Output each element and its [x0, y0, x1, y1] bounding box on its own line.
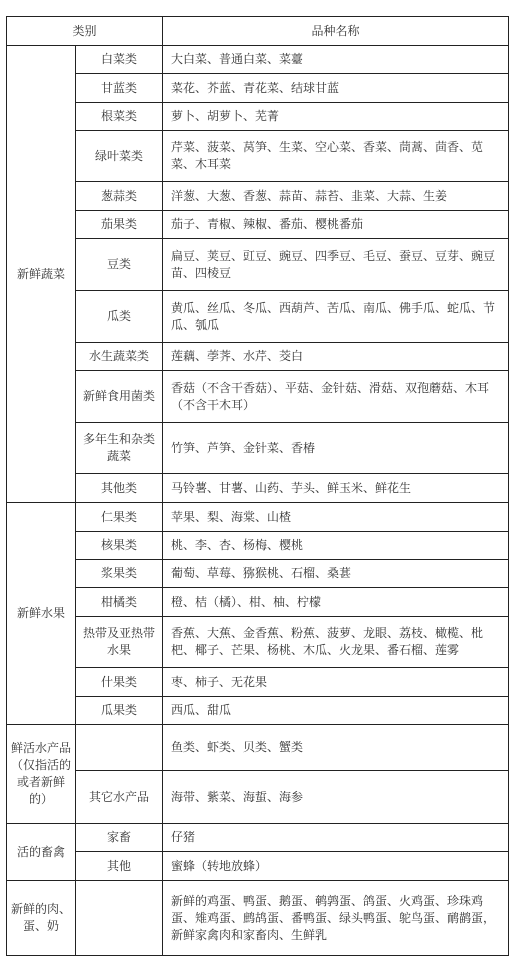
varieties-cell: 西瓜、甜瓜	[163, 697, 509, 725]
varieties-cell: 枣、柿子、无花果	[163, 668, 509, 697]
varieties-cell: 芹菜、菠菜、莴笋、生菜、空心菜、香菜、茼蒿、茴香、苋菜、木耳菜	[163, 131, 509, 182]
varieties-cell: 竹笋、芦笋、金针菜、香椿	[163, 423, 509, 474]
varieties-cell: 新鲜的鸡蛋、鸭蛋、鹅蛋、鹌鹑蛋、鸽蛋、火鸡蛋、珍珠鸡蛋、雉鸡蛋、鹧鸪蛋、番鸭蛋、…	[163, 881, 509, 956]
subcategory-cell: 其他类	[76, 474, 163, 503]
table-row: 多年生和杂类蔬菜竹笋、芦笋、金针菜、香椿	[7, 423, 509, 474]
varieties-cell: 海带、紫菜、海蜇、海参	[163, 771, 509, 824]
table-row: 豆类扁豆、荚豆、豇豆、豌豆、四季豆、毛豆、蚕豆、豆芽、豌豆苗、四棱豆	[7, 239, 509, 291]
subcategory-cell: 瓜果类	[76, 697, 163, 725]
varieties-cell: 茄子、青椒、辣椒、番茄、樱桃番茄	[163, 211, 509, 239]
table-row: 鲜活水产品（仅指活的或者新鲜的）鱼类、虾类、贝类、蟹类	[7, 725, 509, 771]
header-category: 类别	[7, 17, 163, 46]
table-row: 水生蔬菜类莲藕、荸荠、水芹、茭白	[7, 343, 509, 371]
table-row: 新鲜水果仁果类苹果、梨、海棠、山楂	[7, 503, 509, 532]
group-category-cell: 鲜活水产品（仅指活的或者新鲜的）	[7, 725, 76, 824]
table-row: 其它水产品海带、紫菜、海蜇、海参	[7, 771, 509, 824]
table-row: 绿叶菜类芹菜、菠菜、莴笋、生菜、空心菜、香菜、茼蒿、茴香、苋菜、木耳菜	[7, 131, 509, 182]
table-row: 新鲜蔬菜白菜类大白菜、普通白菜、菜薹	[7, 46, 509, 74]
varieties-cell: 桃、李、杏、杨梅、樱桃	[163, 532, 509, 560]
subcategory-cell: 什果类	[76, 668, 163, 697]
subcategory-cell: 水生蔬菜类	[76, 343, 163, 371]
varieties-cell: 扁豆、荚豆、豇豆、豌豆、四季豆、毛豆、蚕豆、豆芽、豌豆苗、四棱豆	[163, 239, 509, 291]
subcategory-cell	[76, 725, 163, 771]
group-category-cell: 新鲜水果	[7, 503, 76, 725]
subcategory-cell: 绿叶菜类	[76, 131, 163, 182]
table-row: 瓜果类西瓜、甜瓜	[7, 697, 509, 725]
varieties-cell: 苹果、梨、海棠、山楂	[163, 503, 509, 532]
subcategory-cell: 柑橘类	[76, 588, 163, 617]
varieties-cell: 马铃薯、甘薯、山药、芋头、鲜玉米、鲜花生	[163, 474, 509, 503]
header-varieties: 品种名称	[163, 17, 509, 46]
subcategory-cell: 核果类	[76, 532, 163, 560]
varieties-cell: 大白菜、普通白菜、菜薹	[163, 46, 509, 74]
varieties-cell: 橙、桔（橘）、柑、柚、柠檬	[163, 588, 509, 617]
subcategory-cell: 仁果类	[76, 503, 163, 532]
group-category-cell: 活的畜禽	[7, 824, 76, 881]
table-row: 甘蓝类菜花、芥蓝、青花菜、结球甘蓝	[7, 74, 509, 103]
subcategory-cell: 其他	[76, 852, 163, 881]
table-row: 活的畜禽家畜仔猪	[7, 824, 509, 852]
varieties-cell: 鱼类、虾类、贝类、蟹类	[163, 725, 509, 771]
table-row: 根菜类萝卜、胡萝卜、芜菁	[7, 103, 509, 131]
table-row: 瓜类黄瓜、丝瓜、冬瓜、西葫芦、苦瓜、南瓜、佛手瓜、蛇瓜、节瓜、瓠瓜	[7, 291, 509, 343]
table-row: 其他蜜蜂（转地放蜂）	[7, 852, 509, 881]
varieties-cell: 蜜蜂（转地放蜂）	[163, 852, 509, 881]
subcategory-cell: 葱蒜类	[76, 182, 163, 211]
subcategory-cell: 其它水产品	[76, 771, 163, 824]
varieties-cell: 香菇（不含干香菇）、平菇、金针菇、滑菇、双孢蘑菇、木耳（不含干木耳）	[163, 371, 509, 423]
group-category-cell: 新鲜蔬菜	[7, 46, 76, 503]
table-row: 新鲜的肉、蛋、奶新鲜的鸡蛋、鸭蛋、鹅蛋、鹌鹑蛋、鸽蛋、火鸡蛋、珍珠鸡蛋、雉鸡蛋、…	[7, 881, 509, 956]
varieties-cell: 洋葱、大葱、香葱、蒜苗、蒜苔、韭菜、大蒜、生姜	[163, 182, 509, 211]
table-row: 茄果类茄子、青椒、辣椒、番茄、樱桃番茄	[7, 211, 509, 239]
subcategory-cell: 白菜类	[76, 46, 163, 74]
subcategory-cell: 家畜	[76, 824, 163, 852]
varieties-cell: 香蕉、大蕉、金香蕉、粉蕉、菠萝、龙眼、荔枝、橄榄、枇杷、椰子、芒果、杨桃、木瓜、…	[163, 617, 509, 668]
table-row: 其他类马铃薯、甘薯、山药、芋头、鲜玉米、鲜花生	[7, 474, 509, 503]
varieties-cell: 仔猪	[163, 824, 509, 852]
subcategory-cell: 豆类	[76, 239, 163, 291]
varieties-cell: 莲藕、荸荠、水芹、茭白	[163, 343, 509, 371]
subcategory-cell: 浆果类	[76, 560, 163, 588]
group-category-cell: 新鲜的肉、蛋、奶	[7, 881, 76, 956]
subcategory-cell: 新鲜食用菌类	[76, 371, 163, 423]
varieties-cell: 萝卜、胡萝卜、芜菁	[163, 103, 509, 131]
produce-category-table: 类别 品种名称 新鲜蔬菜白菜类大白菜、普通白菜、菜薹甘蓝类菜花、芥蓝、青花菜、结…	[6, 16, 509, 956]
subcategory-cell: 根菜类	[76, 103, 163, 131]
table-row: 葱蒜类洋葱、大葱、香葱、蒜苗、蒜苔、韭菜、大蒜、生姜	[7, 182, 509, 211]
table-row: 浆果类葡萄、草莓、猕猴桃、石榴、桑葚	[7, 560, 509, 588]
header-row: 类别 品种名称	[7, 17, 509, 46]
table-row: 什果类枣、柿子、无花果	[7, 668, 509, 697]
subcategory-cell	[76, 881, 163, 956]
table-row: 热带及亚热带水果香蕉、大蕉、金香蕉、粉蕉、菠萝、龙眼、荔枝、橄榄、枇杷、椰子、芒…	[7, 617, 509, 668]
subcategory-cell: 甘蓝类	[76, 74, 163, 103]
table-row: 新鲜食用菌类香菇（不含干香菇）、平菇、金针菇、滑菇、双孢蘑菇、木耳（不含干木耳）	[7, 371, 509, 423]
table-row: 柑橘类橙、桔（橘）、柑、柚、柠檬	[7, 588, 509, 617]
varieties-cell: 菜花、芥蓝、青花菜、结球甘蓝	[163, 74, 509, 103]
varieties-cell: 黄瓜、丝瓜、冬瓜、西葫芦、苦瓜、南瓜、佛手瓜、蛇瓜、节瓜、瓠瓜	[163, 291, 509, 343]
subcategory-cell: 茄果类	[76, 211, 163, 239]
table-row: 核果类桃、李、杏、杨梅、樱桃	[7, 532, 509, 560]
varieties-cell: 葡萄、草莓、猕猴桃、石榴、桑葚	[163, 560, 509, 588]
subcategory-cell: 热带及亚热带水果	[76, 617, 163, 668]
subcategory-cell: 多年生和杂类蔬菜	[76, 423, 163, 474]
subcategory-cell: 瓜类	[76, 291, 163, 343]
